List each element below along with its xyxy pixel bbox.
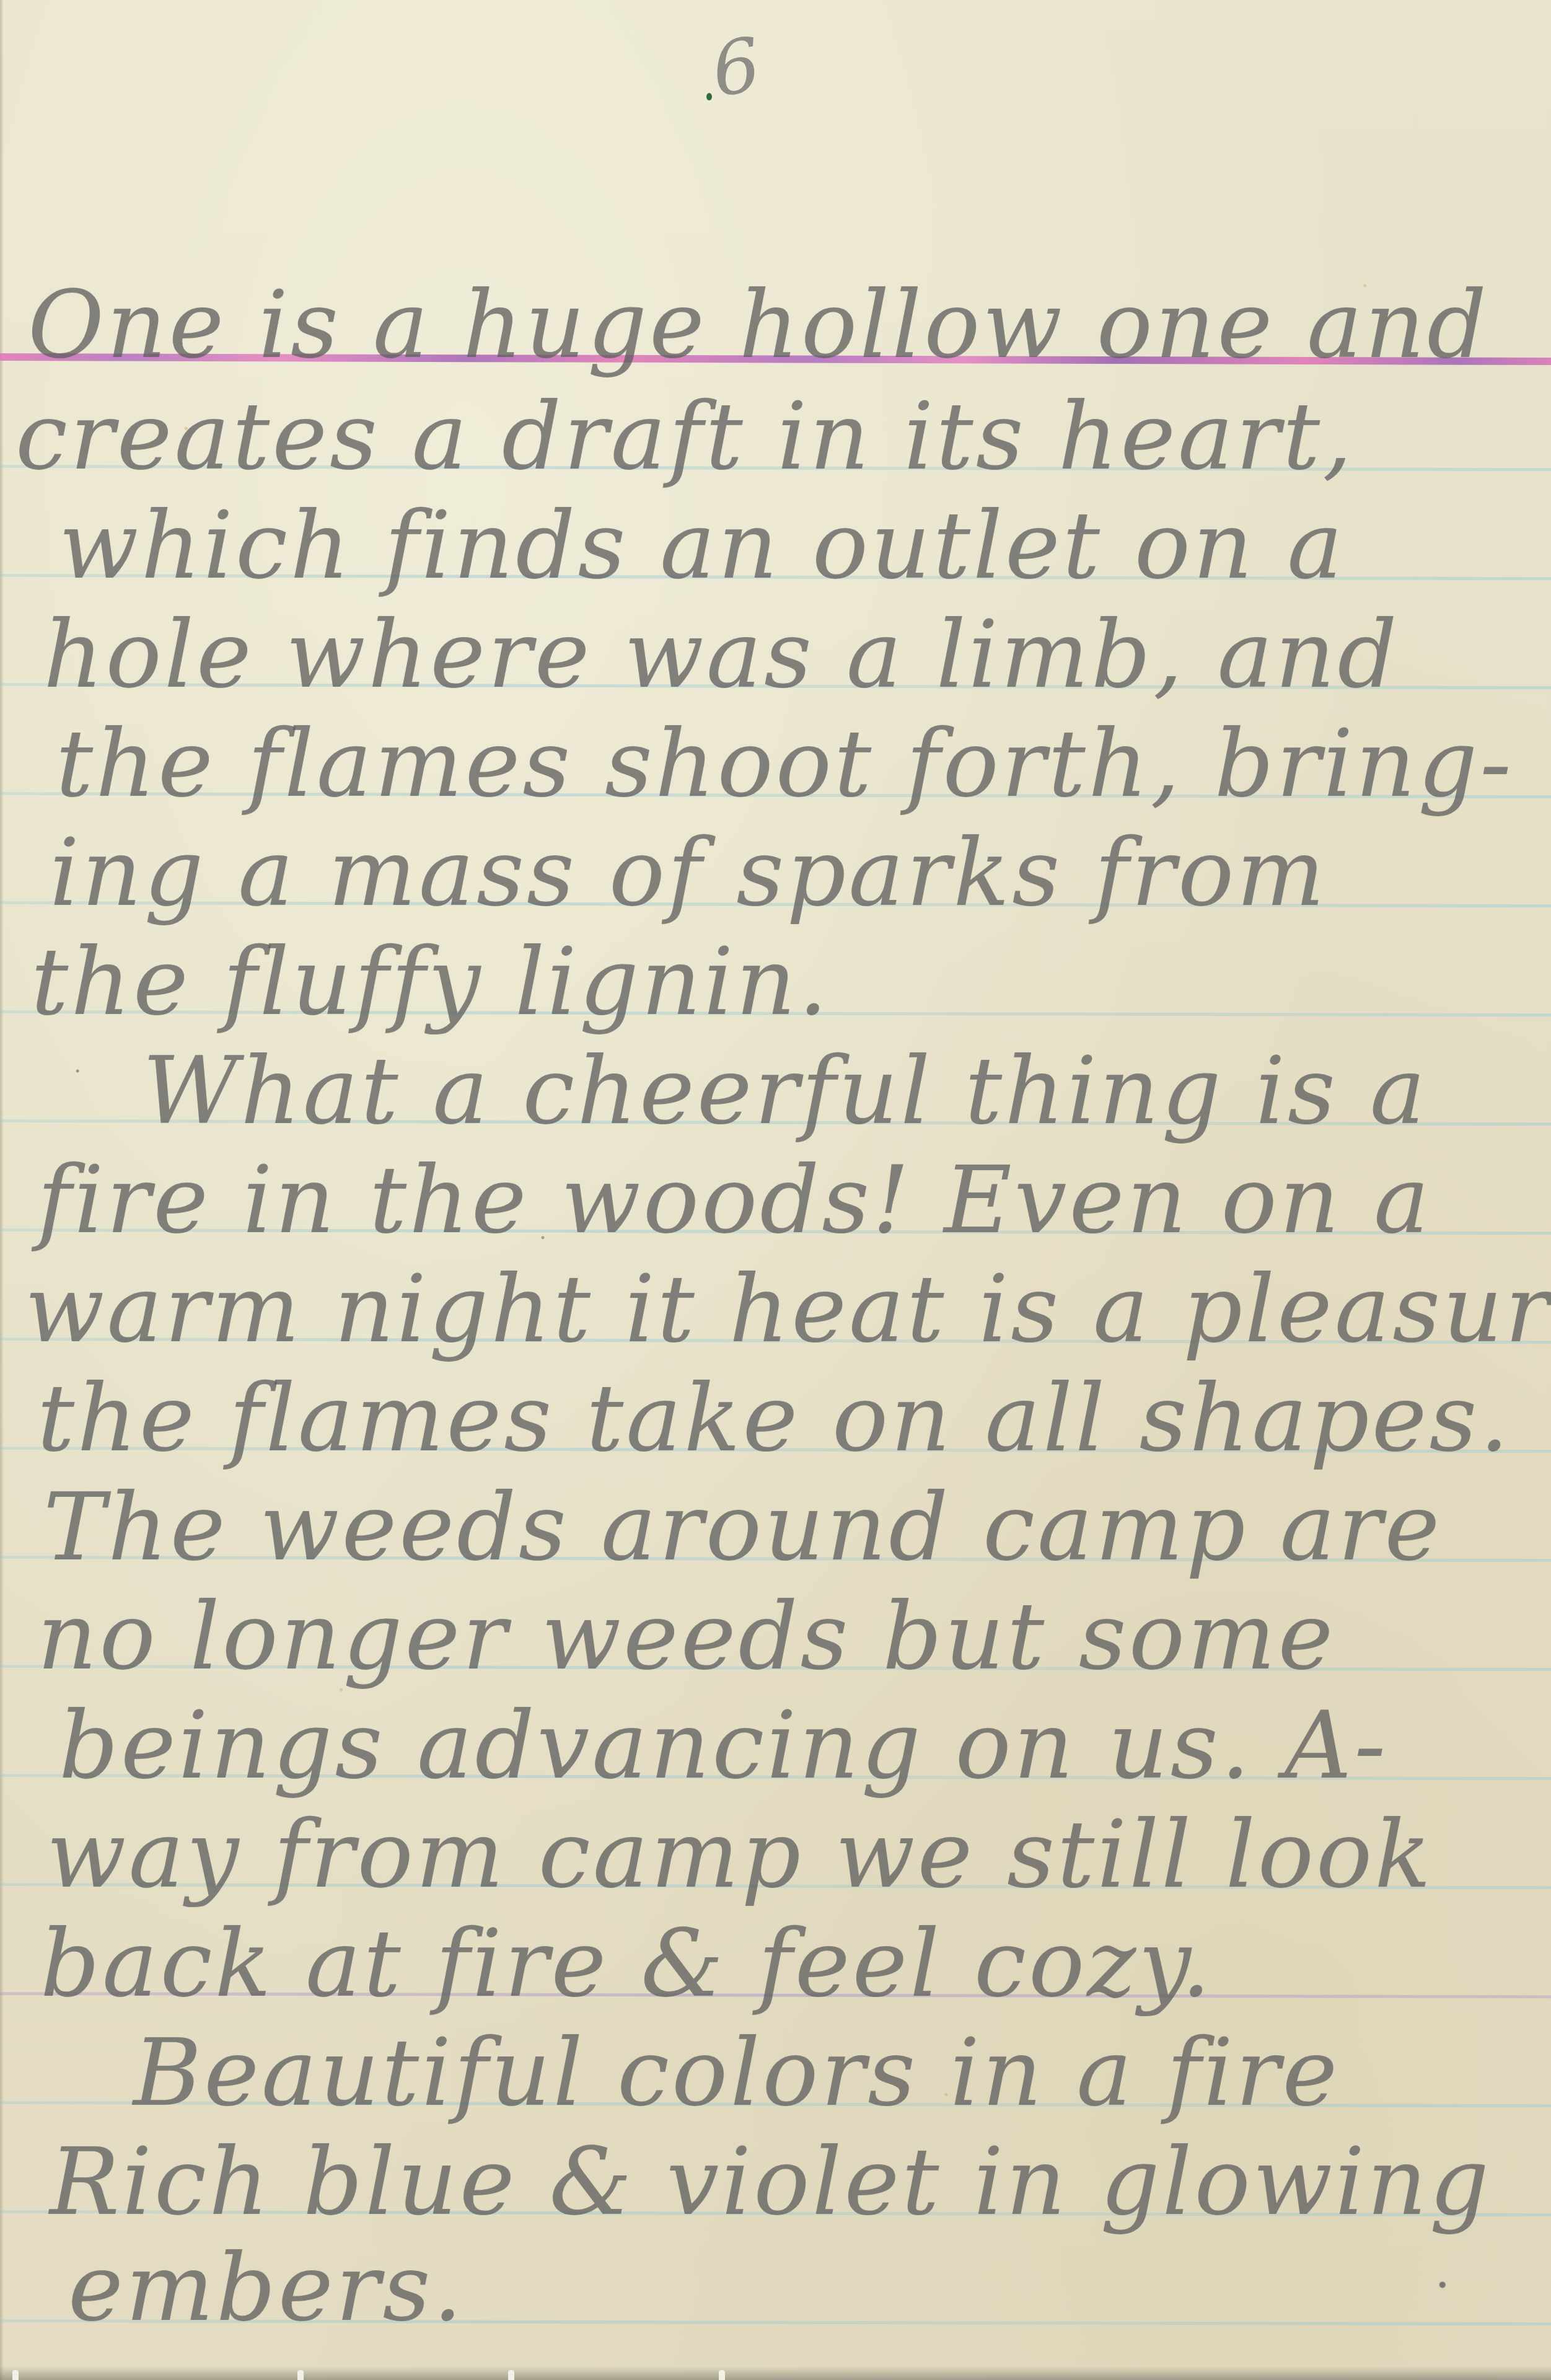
handwritten-line: the flames shoot forth, bring- xyxy=(56,718,1514,811)
handwritten-line: way from camp we still look xyxy=(46,1809,1433,1902)
binding-perforation xyxy=(297,2370,304,2380)
handwritten-line: creates a draft in its heart, xyxy=(15,390,1355,483)
handwritten-line: ing a mass of sparks from xyxy=(50,827,1327,920)
ink-dot xyxy=(706,93,712,100)
handwritten-line: embers. xyxy=(68,2242,465,2335)
handwritten-line: The weeds around camp are xyxy=(43,1481,1442,1574)
binding-perforation xyxy=(508,2370,514,2380)
handwritten-line: One is a huge hollow one and xyxy=(28,279,1489,372)
binding-perforation xyxy=(719,2370,725,2380)
handwritten-line: the fluffy lignin. xyxy=(31,936,830,1029)
handwritten-line: warm night it heat is a pleasure xyxy=(25,1263,1551,1356)
binding-perforation xyxy=(12,2370,19,2380)
page-bottom-edge xyxy=(0,2366,1551,2380)
handwritten-line: fire in the woods! Even on a xyxy=(37,1154,1432,1247)
handwritten-line: the flames take on all shapes. xyxy=(37,1372,1511,1465)
notebook-page: 6 One is a huge hollow one andcreates a … xyxy=(0,0,1551,2380)
handwritten-line: back at fire & feel cozy. xyxy=(40,1918,1213,2011)
handwritten-line: What a cheerful thing is a xyxy=(143,1045,1428,1138)
handwritten-line: beings advancing on us. A- xyxy=(59,1699,1388,1792)
handwritten-line: Rich blue & violet in glowing xyxy=(50,2136,1492,2229)
handwritten-line: which finds an outlet on a xyxy=(59,500,1345,593)
handwritten-line: hole where was a limb, and xyxy=(43,609,1399,702)
handwritten-line: no longer weeds but some xyxy=(37,1590,1335,1683)
handwritten-line: Beautiful colors in a fire xyxy=(133,2027,1340,2120)
page-number: 6 xyxy=(707,22,766,113)
